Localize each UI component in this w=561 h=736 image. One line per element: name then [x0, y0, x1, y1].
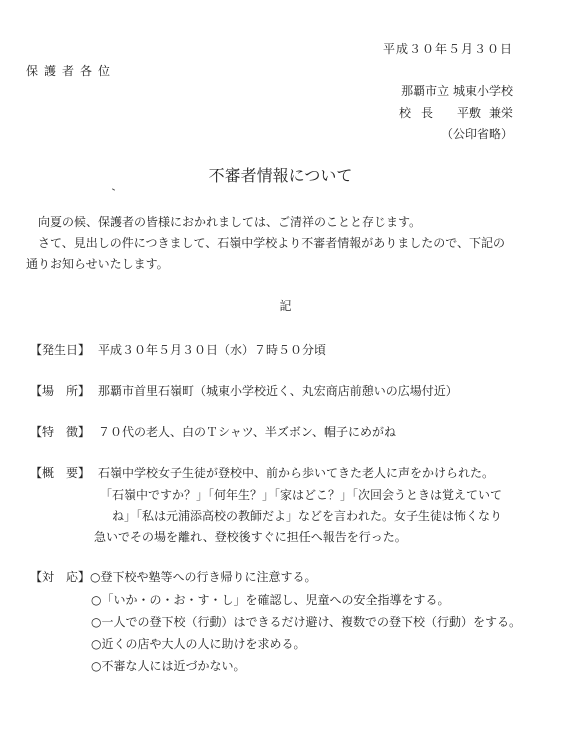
item-features: 【特 徴】７０代の老人、白のＴシャツ、半ズボン、帽子にめがね — [30, 423, 396, 440]
item-label: 【対 応】 — [30, 568, 90, 585]
intro-line-3: 通りお知らせいたします。 — [26, 255, 169, 272]
item-value: 平成３０年５月３０日（水）７時５０分頃 — [98, 341, 326, 358]
intro-line-1: 向夏の候、保護者の皆様におかれましては、ご清祥のことと存じます。 — [38, 213, 421, 230]
item-value: ○登下校や塾等への行き帰りに注意する。 — [90, 568, 316, 585]
seal-note: （公印省略） — [441, 125, 513, 142]
response-line-2: ○「いか・の・お・す・し」を確認し、児童への安全指導をする。 — [91, 591, 449, 608]
summary-line-4: 急いでその場を離れ、登校後すぐに担任へ報告を行った。 — [94, 528, 407, 545]
response-line-4: ○近くの店や大人の人に助けを求める。 — [91, 635, 305, 652]
intro-line-2: さて、見出しの件につきまして、石嶺中学校より不審者情報がありましたので、下記の — [38, 234, 505, 251]
summary-line-2: 「石嶺中ですか？」「何年生？」「家はどこ？」「次回会うときは覚えていて — [100, 486, 502, 503]
addressee: 保護者各位 — [26, 62, 116, 79]
item-value: 石嶺中学校女子生徒が登校中、前から歩いてきた老人に声をかけられた。 — [98, 464, 494, 481]
item-value: ７０代の老人、白のＴシャツ、半ズボン、帽子にめがね — [98, 423, 396, 440]
principal-signature: 校長平敷兼栄 — [399, 104, 513, 121]
principal-family-name: 平敷 — [457, 106, 481, 120]
item-label: 【場 所】 — [30, 382, 98, 399]
item-occurrence-date: 【発生日】平成３０年５月３０日（水）７時５０分頃 — [30, 341, 326, 358]
item-location: 【場 所】那覇市首里石嶺町（城東小学校近く、丸宏商店前憩いの広場付近） — [30, 382, 458, 399]
principal-given-name: 兼栄 — [489, 106, 513, 120]
ki-heading: 記 — [0, 297, 561, 314]
item-label: 【発生日】 — [30, 341, 98, 358]
principal-role: 校長 — [399, 106, 443, 120]
scan-mark — [112, 188, 115, 190]
item-label: 【概 要】 — [30, 464, 98, 481]
item-response: 【対 応】○登下校や塾等への行き帰りに注意する。 — [30, 568, 316, 585]
response-line-5: ○不審な人には近づかない。 — [91, 657, 245, 674]
response-line-3: ○一人での登下校（行動）はできるだけ避け、複数での登下校（行動）をする。 — [91, 613, 521, 630]
document-date: 平成３０年５月３０日 — [383, 40, 513, 57]
school-name: 那覇市立 城東小学校 — [401, 82, 513, 99]
item-label: 【特 徴】 — [30, 423, 98, 440]
document-title: 不審者情報について — [0, 163, 561, 186]
item-value: 那覇市首里石嶺町（城東小学校近く、丸宏商店前憩いの広場付近） — [98, 382, 458, 399]
summary-line-3: ね」「私は元浦添高校の教師だよ」などを言われた。女子生徒は怖くなり — [112, 507, 502, 524]
item-summary: 【概 要】石嶺中学校女子生徒が登校中、前から歩いてきた老人に声をかけられた。 — [30, 464, 494, 481]
